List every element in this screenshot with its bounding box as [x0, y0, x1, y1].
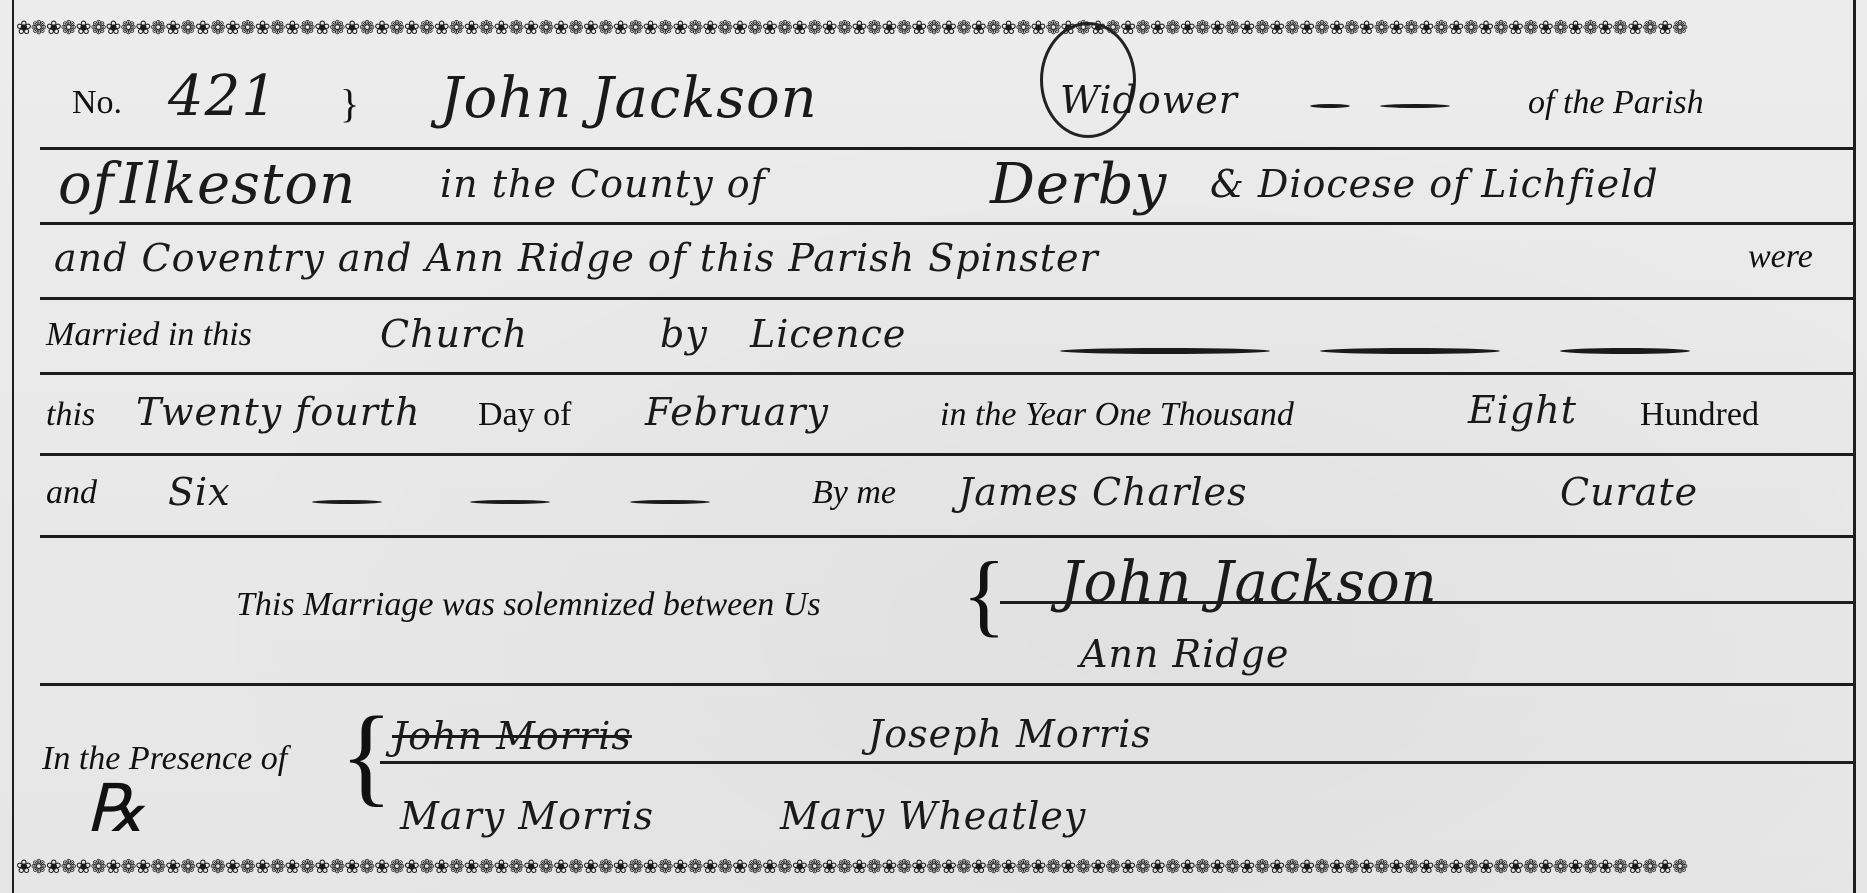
by-me-label: By me	[812, 474, 896, 512]
groom-status: Widower	[1060, 78, 1238, 122]
page-frame-right	[1853, 0, 1856, 893]
diocese: & Diocese of Lichfield	[1210, 162, 1659, 206]
ruled-line	[40, 372, 1853, 375]
year-century: Eight	[1468, 388, 1577, 432]
solemnized-label: This Marriage was solemnized between Us	[236, 586, 821, 624]
presence-label: In the Presence of	[42, 740, 287, 778]
diocese-continued-and-bride: and Coventry and Ann Ridge of this Paris…	[54, 236, 1099, 280]
officiant-name: James Charles	[958, 470, 1248, 514]
signature-brace: {	[962, 548, 1006, 640]
ruled-line	[40, 147, 1853, 150]
clerk-mark-flourish: ℞	[86, 770, 145, 847]
page-frame-left	[12, 0, 14, 893]
witness-line	[380, 761, 1853, 764]
of-label: of	[58, 152, 114, 217]
this-label: this	[46, 396, 95, 434]
were-label: were	[1748, 238, 1813, 276]
filler-flourish	[1320, 348, 1500, 354]
county-name: Derby	[990, 152, 1167, 217]
county-label: in the County of	[440, 162, 766, 206]
entry-number-label: No.	[72, 84, 122, 122]
marriage-month: February	[645, 390, 829, 434]
ornamental-border-bottom: ❀❁❀❁❀❁❀❁❀❁❀❁❀❁❀❁❀❁❀❁❀❁❀❁❀❁❀❁❀❁❀❁❀❁❀❁❀❁❀❁…	[16, 856, 1852, 878]
ruled-line	[40, 453, 1853, 456]
officiant-title: Curate	[1560, 470, 1698, 514]
filler-flourish	[1060, 348, 1270, 354]
by-label: by	[660, 312, 708, 356]
groom-signature: John Jackson	[1060, 550, 1438, 615]
filler-dash	[1310, 104, 1350, 108]
marriage-place: Church	[380, 312, 528, 356]
year-label: in the Year One Thousand	[940, 396, 1294, 434]
ruled-line	[40, 297, 1853, 300]
bride-signature: Ann Ridge	[1080, 632, 1289, 676]
ruled-line	[40, 683, 1853, 686]
entry-number-brace: }	[340, 80, 359, 127]
year-units: Six	[168, 470, 231, 514]
marriage-day: Twenty fourth	[136, 390, 421, 434]
of-the-parish-label: of the Parish	[1528, 84, 1704, 122]
hundred-label: Hundred	[1640, 396, 1759, 434]
register-page: ❀❁❀❁❀❁❀❁❀❁❀❁❀❁❀❁❀❁❀❁❀❁❀❁❀❁❀❁❀❁❀❁❀❁❀❁❀❁❀❁…	[0, 0, 1867, 893]
ruled-line	[40, 222, 1853, 225]
witness-2: Mary Morris	[400, 794, 654, 838]
witness-1: Joseph Morris	[868, 712, 1152, 756]
filler-dash	[630, 500, 710, 504]
groom-name: John Jackson	[440, 66, 818, 131]
and-label: and	[46, 474, 97, 512]
groom-parish: Ilkeston	[120, 152, 356, 217]
witness-brace: {	[340, 700, 393, 810]
ruled-line	[40, 535, 1853, 538]
witness-3: Mary Wheatley	[780, 794, 1086, 838]
marriage-method: Licence	[750, 312, 906, 356]
day-of-label: Day of	[478, 396, 571, 434]
filler-flourish	[1560, 348, 1690, 354]
married-in-label: Married in this	[46, 316, 252, 354]
filler-dash	[1380, 104, 1450, 108]
ornamental-border-top: ❀❁❀❁❀❁❀❁❀❁❀❁❀❁❀❁❀❁❀❁❀❁❀❁❀❁❀❁❀❁❀❁❀❁❀❁❀❁❀❁…	[16, 17, 1852, 39]
filler-dash	[312, 500, 382, 504]
witness-struck-through: John Morris	[392, 714, 632, 758]
entry-number: 421	[168, 64, 278, 129]
filler-dash	[470, 500, 550, 504]
